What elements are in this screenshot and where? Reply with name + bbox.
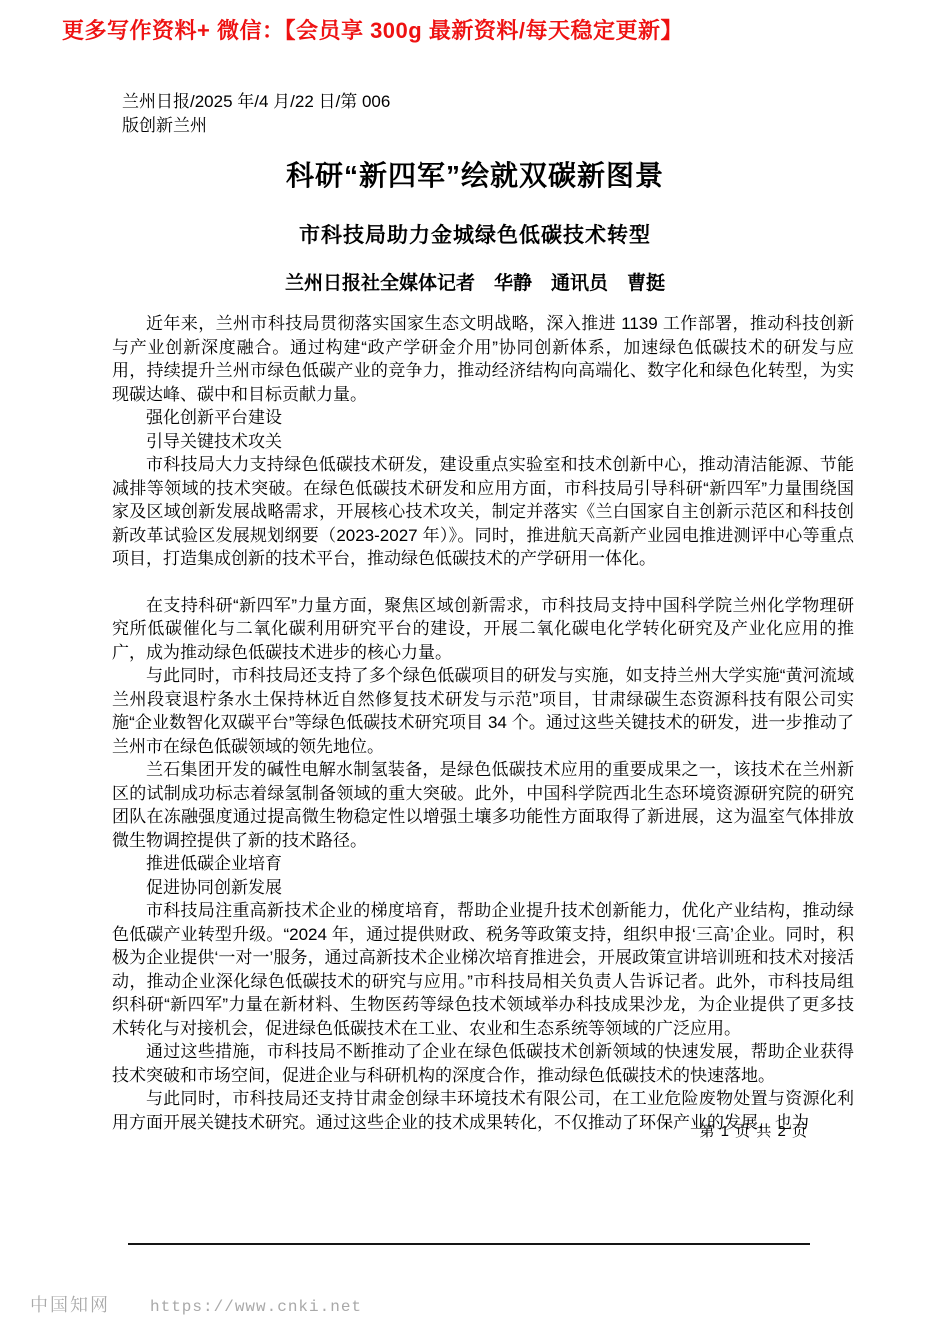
article-subtitle: 市科技局助力金城绿色低碳技术转型 — [0, 219, 950, 249]
footer-divider — [128, 1243, 810, 1245]
cnki-url-label: https://www.cnki.net — [150, 1298, 362, 1316]
paragraph: 兰石集团开发的碱性电解水制氢装备，是绿色低碳技术应用的重要成果之一，该技术在兰州… — [112, 758, 854, 852]
document-page: 更多写作资料+ 微信：【会员享 300g 最新资料/每天稳定更新】 兰州日报/2… — [0, 0, 950, 1344]
meta-line-2: 版创新兰州 — [122, 114, 390, 138]
article-title: 科研“新四军”绘就双碳新图景 — [0, 154, 950, 194]
paragraph: 通过这些措施，市科技局不断推动了企业在绿色低碳技术创新领域的快速发展，帮助企业获… — [112, 1040, 854, 1087]
article-body: 近年来，兰州市科技局贯彻落实国家生态文明战略，深入推进 1139 工作部署，推动… — [112, 312, 854, 1134]
paragraph: 市科技局大力支持绿色低碳技术研发，建设重点实验室和技术创新中心，推动清洁能源、节… — [112, 453, 854, 571]
article-byline: 兰州日报社全媒体记者 华静 通讯员 曹挺 — [0, 268, 950, 295]
paragraph: 在支持科研“新四军”力量方面，聚焦区域创新需求，市科技局支持中国科学院兰州化学物… — [112, 594, 854, 665]
meta-line-1: 兰州日报/2025 年/4 月/22 日/第 006 — [122, 90, 390, 114]
paper-meta: 兰州日报/2025 年/4 月/22 日/第 006 版创新兰州 — [122, 90, 390, 138]
promo-banner: 更多写作资料+ 微信：【会员享 300g 最新资料/每天稳定更新】 — [62, 14, 683, 45]
page-indicator: 第 1 页 共 2 页 — [112, 1120, 808, 1141]
cnki-watermark: 中国知网 https://www.cnki.net — [30, 1291, 362, 1317]
paragraph: 与此同时，市科技局还支持了多个绿色低碳项目的研发与实施，如支持兰州大学实施“黄河… — [112, 664, 854, 758]
section-subhead: 强化创新平台建设 — [112, 406, 854, 430]
paragraph: 近年来，兰州市科技局贯彻落实国家生态文明战略，深入推进 1139 工作部署，推动… — [112, 312, 854, 406]
section-subhead: 引导关键技术攻关 — [112, 430, 854, 454]
section-subhead: 推进低碳企业培育 — [112, 852, 854, 876]
cnki-brand-label: 中国知网 — [30, 1291, 110, 1317]
paragraph: 市科技局注重高新技术企业的梯度培育，帮助企业提升技术创新能力，优化产业结构，推动… — [112, 899, 854, 1040]
section-subhead: 促进协同创新发展 — [112, 876, 854, 900]
